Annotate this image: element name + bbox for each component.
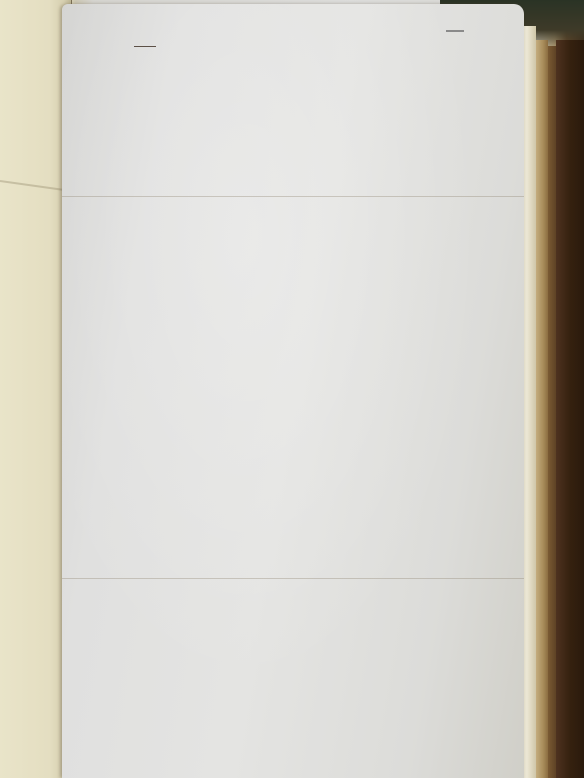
page-stack-edge xyxy=(548,46,556,778)
page-crease xyxy=(62,196,524,197)
page-crease xyxy=(62,578,524,579)
government-title xyxy=(134,44,156,47)
folio-mark xyxy=(446,30,464,32)
page-fold xyxy=(0,180,71,192)
manuscript-page xyxy=(62,4,524,778)
book-cover xyxy=(556,40,584,778)
page-stack-edge xyxy=(536,40,548,778)
archival-photo xyxy=(0,0,584,778)
